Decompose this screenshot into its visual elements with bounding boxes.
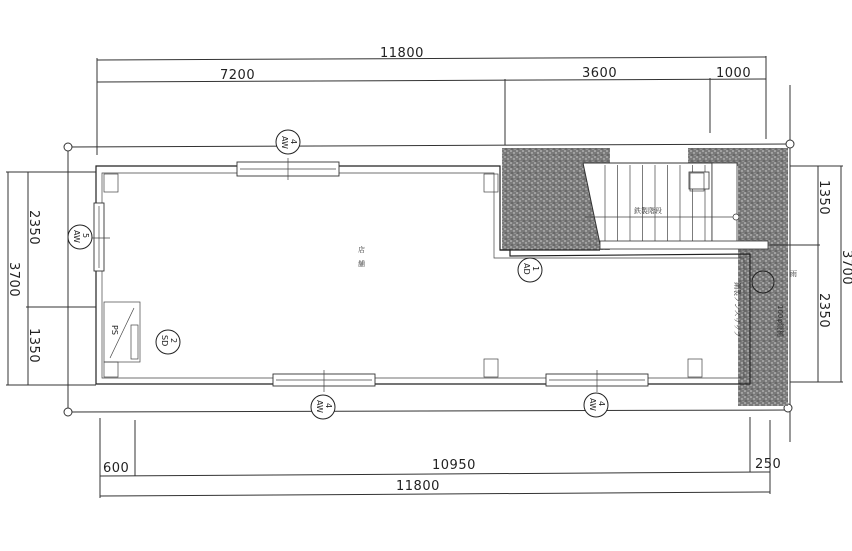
svg-text:AW: AW xyxy=(280,136,289,149)
dim-top-seg-1: 7200 xyxy=(220,68,255,83)
dim-top-seg-3: 1000 xyxy=(716,66,751,81)
tag-bottom-window-2: 4 AW xyxy=(584,393,608,417)
pipe-space xyxy=(104,302,140,362)
dim-top-seg-2: 3600 xyxy=(582,66,617,81)
dim-right-seg-2: 2350 xyxy=(816,293,831,328)
svg-text:4: 4 xyxy=(289,139,298,144)
svg-text:4: 4 xyxy=(324,403,333,408)
label-main-room: 店 xyxy=(358,245,365,254)
grid-marker xyxy=(786,140,794,148)
tag-entrance-door: 1 AD xyxy=(518,258,542,282)
label-handrail-note: 鋼製ノンスリップ xyxy=(733,282,742,337)
dim-right-seg-1: 1350 xyxy=(816,180,831,215)
grid-lines xyxy=(64,85,794,442)
grid-marker xyxy=(64,143,72,151)
svg-text:5: 5 xyxy=(81,233,90,238)
dim-left-seg-2: 1350 xyxy=(26,328,41,363)
tag-bottom-window-1: 4 AW xyxy=(311,395,335,419)
svg-text:1: 1 xyxy=(531,266,540,271)
tag-left-window: 5 AW xyxy=(68,225,92,249)
dim-bottom-seg-1: 600 xyxy=(103,461,129,476)
svg-text:AW: AW xyxy=(588,398,597,411)
svg-text:4: 4 xyxy=(597,401,606,406)
svg-text:AW: AW xyxy=(72,230,81,243)
svg-text:AW: AW xyxy=(315,400,324,413)
hatched-area-side-strip xyxy=(738,148,788,406)
label-drain-pipe: 100φ縦樋 xyxy=(776,305,785,337)
label-side-mark: 雨 xyxy=(790,270,797,278)
grid-marker xyxy=(64,408,72,416)
dim-bottom-seg-2: 10950 xyxy=(432,458,476,473)
dim-right-overall: 3700 xyxy=(839,250,852,285)
floor-plan-drawing: 11800 7200 3600 1000 鉄製階段 xyxy=(0,0,852,551)
svg-text:SD: SD xyxy=(160,335,169,346)
top-dimension-lines xyxy=(97,56,766,155)
dim-bottom-seg-3: 250 xyxy=(755,457,781,472)
svg-text:AD: AD xyxy=(522,263,531,275)
label-steel-stair: 鉄製階段 xyxy=(634,206,662,215)
label-main-room-2: 舗 xyxy=(358,259,365,268)
label-pipe-space: PS xyxy=(110,325,119,335)
tag-top-window: 4 AW xyxy=(276,130,300,154)
dim-left-overall: 3700 xyxy=(6,262,21,297)
dim-bottom-overall: 11800 xyxy=(396,479,440,494)
dim-left-seg-1: 2350 xyxy=(26,210,41,245)
tag-ps-door: 2 SD xyxy=(156,330,180,354)
dim-top-overall: 11800 xyxy=(380,46,424,61)
svg-text:2: 2 xyxy=(169,338,178,343)
